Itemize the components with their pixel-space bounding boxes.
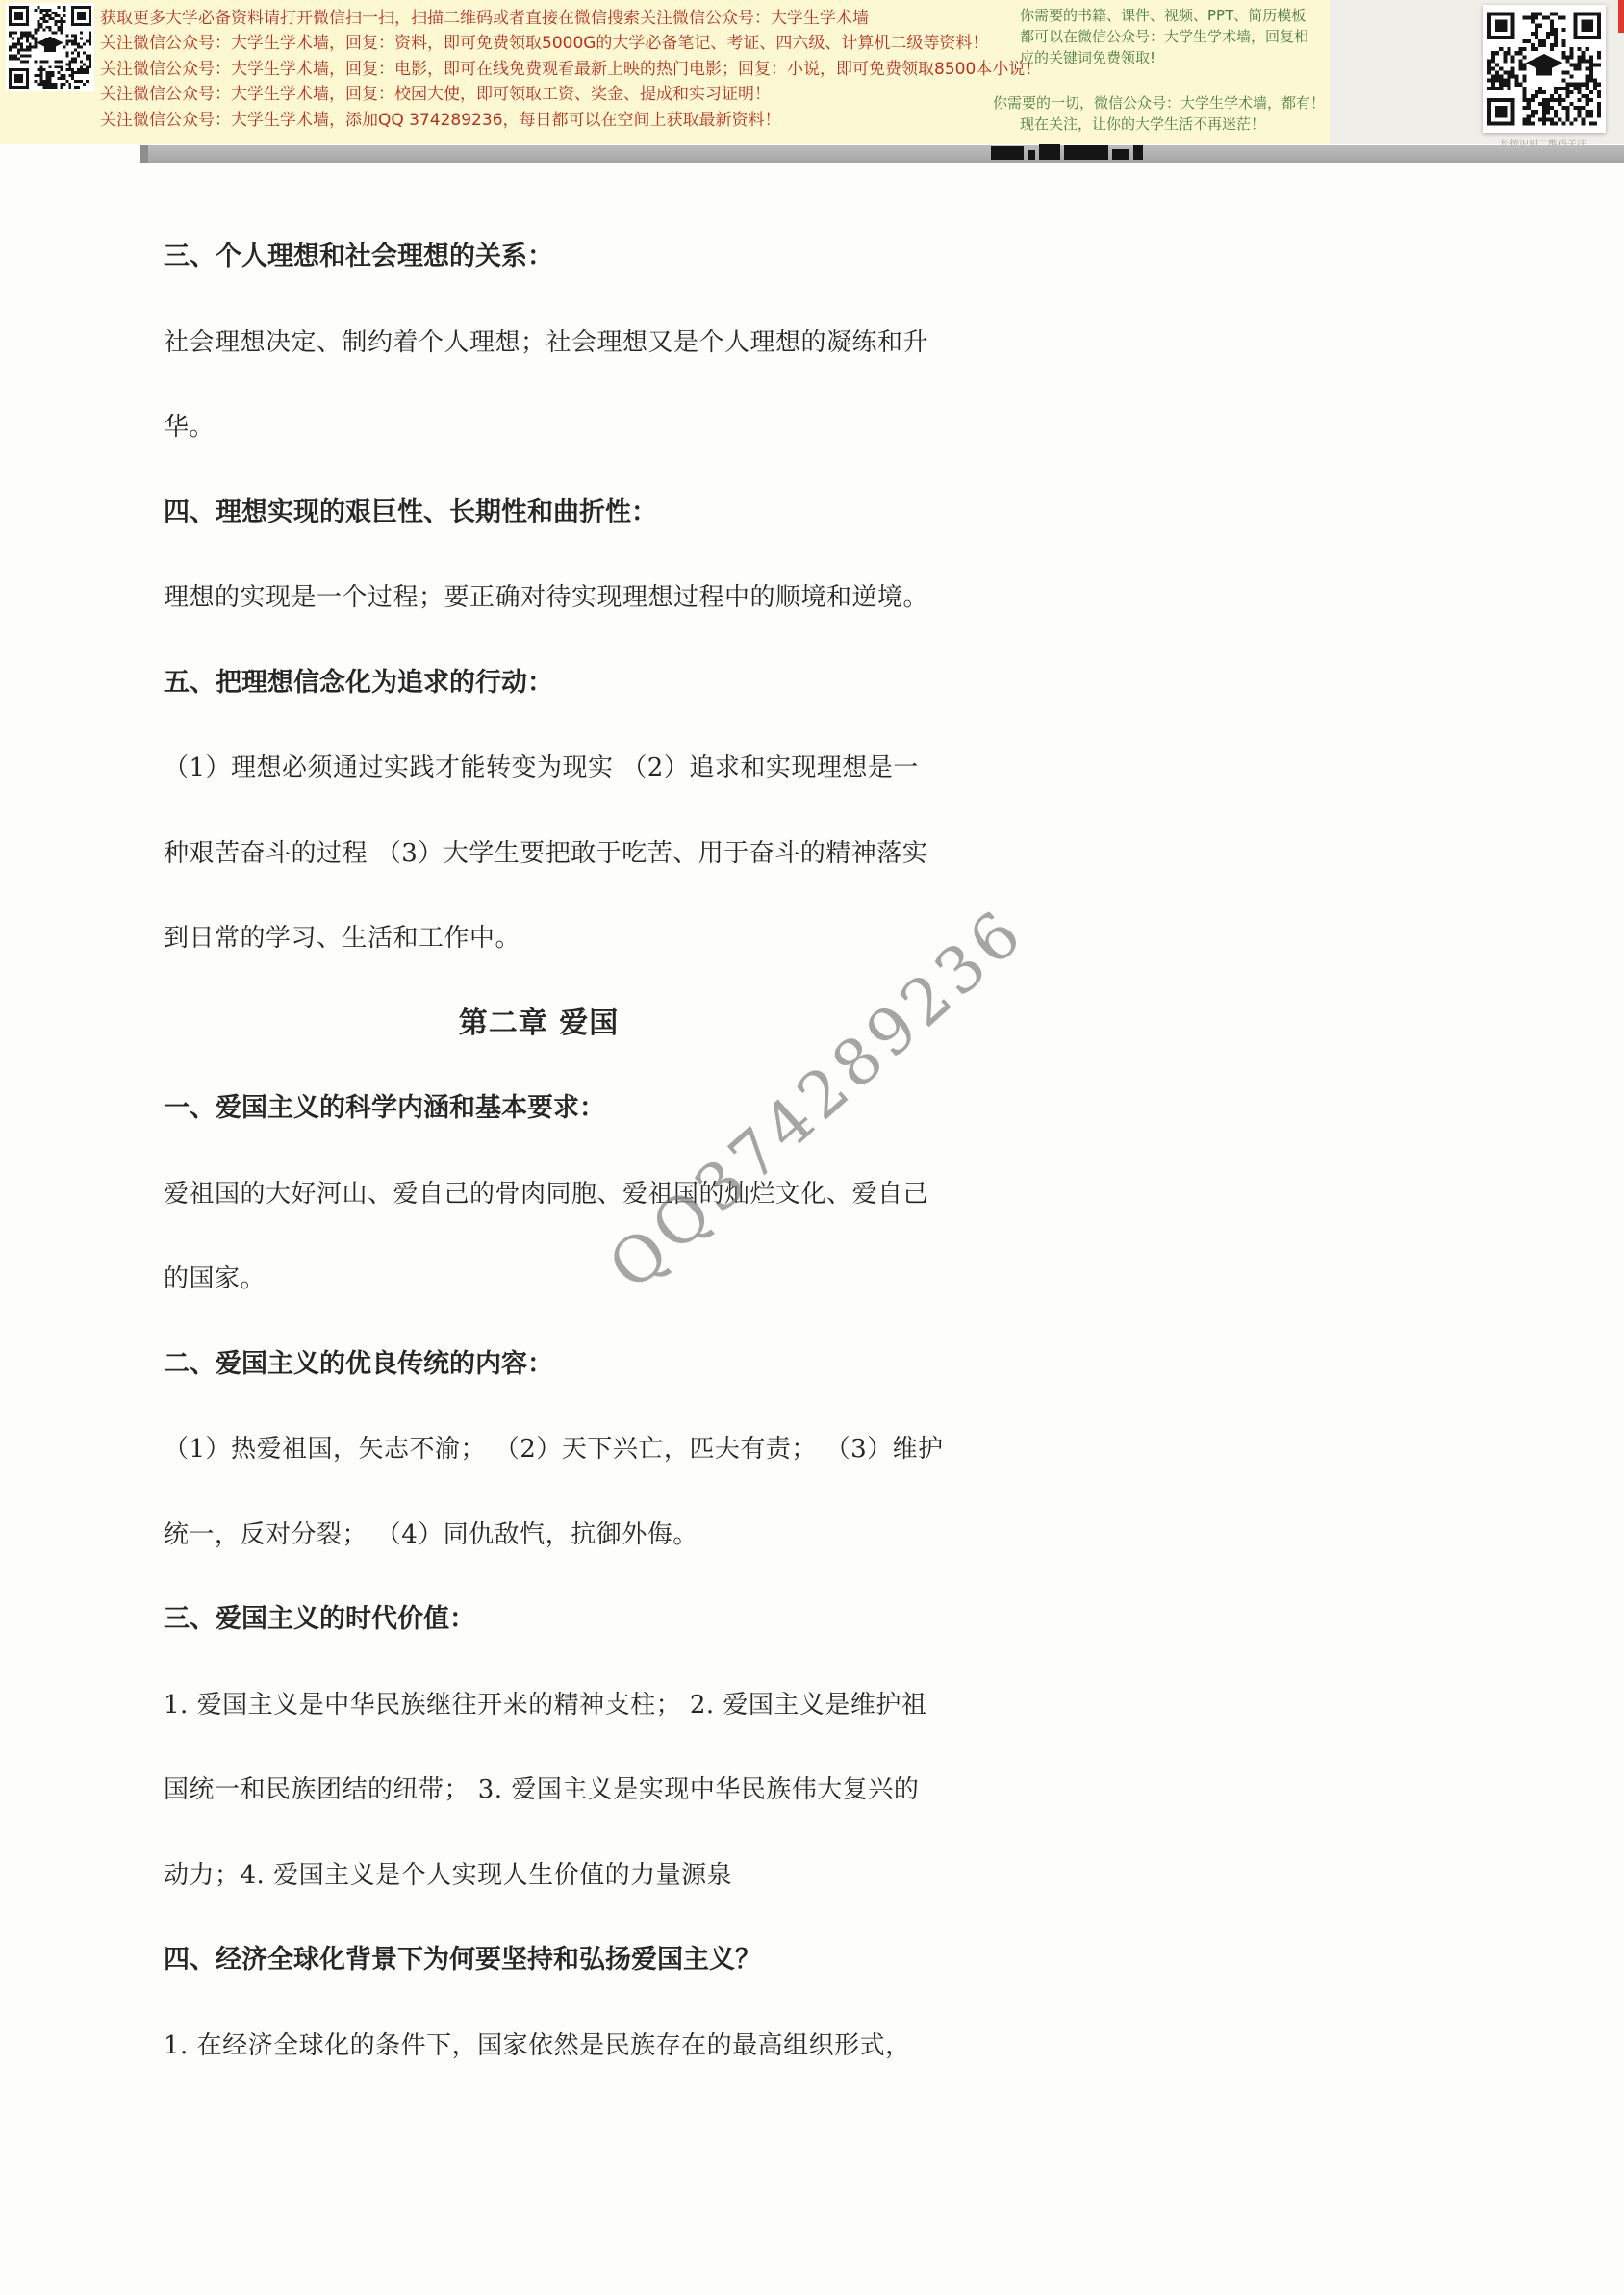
qr-code-icon [9, 6, 91, 89]
doc-line: 种艰苦奋斗的过程 （3）大学生要把敢于吃苦、用于奋斗的精神落实 [164, 811, 914, 897]
doc-line: 国统一和民族团结的纽带； 3. 爱国主义是实现中华民族伟大复兴的 [164, 1747, 914, 1833]
doc-line: 爱祖国的大好河山、爱自己的骨肉同胞、爱祖国的灿烂文化、爱自己 [164, 1152, 914, 1237]
doc-line: 华。 [164, 385, 914, 471]
promo-line: 现在关注，让你的大学生活不再迷茫！ [1020, 114, 1325, 135]
doc-line: 1. 在经济全球化的条件下，国家依然是民族存在的最高组织形式， [164, 2003, 914, 2089]
doc-line: 四、经济全球化背景下为何要坚持和弘扬爱国主义？ [164, 1918, 914, 2003]
print-artifact [991, 142, 1147, 160]
doc-line: 1. 爱国主义是中华民族继往开来的精神支柱； 2. 爱国主义是维护祖 [164, 1663, 914, 1748]
promo-text-block-1: 你需要的书籍、课件、视频、PPT、简历模板都可以在微信公众号：大学生学术墙，回复… [1020, 5, 1308, 68]
doc-line: 三、个人理想和社会理想的关系： [164, 215, 914, 300]
doc-line: （1）热爱祖国，矢志不渝； （2）天下兴亡，匹夫有责； （3）维护 [164, 1407, 914, 1492]
banner-promo-lines: 获取更多大学必备资料请打开微信扫一扫，扫描二维码或者直接在微信搜索关注微信公众号… [100, 6, 1041, 133]
wechat-qr-code-right [1483, 5, 1606, 133]
wechat-qr-code-left [6, 3, 94, 91]
doc-line: 到日常的学习、生活和工作中。 [164, 896, 914, 982]
toolbar-remnant-bar [140, 145, 1624, 163]
toolbar-remnant-cap [140, 145, 148, 163]
doc-line: 二、爱国主义的优良传统的内容： [164, 1322, 914, 1408]
promo-line: 你需要的一切，微信公众号：大学生学术墙，都有！ [993, 92, 1325, 114]
doc-line: 理想的实现是一个过程；要正确对待实现理想过程中的顺境和逆境。 [164, 555, 914, 641]
promo-line: 你需要的书籍、课件、视频、PPT、简历模板 [1020, 5, 1308, 26]
qr-code-icon [1487, 10, 1601, 128]
banner-promo-line: 关注微信公众号：大学生学术墙，回复：电影，即可在线免费观看最新上映的热门电影；回… [100, 57, 1041, 82]
banner-promo-line: 关注微信公众号：大学生学术墙，添加QQ 374289236，每日都可以在空间上获… [100, 108, 1041, 133]
banner-promo-line: 关注微信公众号：大学生学术墙，回复：校园大使，即可领取工资、奖金、提成和实习证明… [100, 82, 1041, 107]
banner-promo-line: 获取更多大学必备资料请打开微信扫一扫，扫描二维码或者直接在微信搜索关注微信公众号… [100, 6, 1041, 31]
promo-text-block-2: 你需要的一切，微信公众号：大学生学术墙，都有！现在关注，让你的大学生活不再迷茫！ [993, 92, 1325, 135]
doc-line: 四、理想实现的艰巨性、长期性和曲折性： [164, 471, 914, 556]
screenshot-root: 获取更多大学必备资料请打开微信扫一扫，扫描二维码或者直接在微信搜索关注微信公众号… [0, 0, 1624, 2295]
promo-line: 都可以在微信公众号：大学生学术墙，回复相 [1020, 26, 1308, 47]
doc-line: 五、把理想信念化为追求的行动： [164, 641, 914, 727]
doc-line: 动力；4. 爱国主义是个人实现人生价值的力量源泉 [164, 1833, 914, 1919]
promo-line: 应的关键词免费领取! [1020, 47, 1308, 68]
doc-line: 三、爱国主义的时代价值： [164, 1577, 914, 1663]
doc-line: 统一，反对分裂； （4）同仇敌忾，抗御外侮。 [164, 1492, 914, 1578]
red-corner-strip [1618, 0, 1624, 33]
doc-line: （1）理想必须通过实践才能转变为现实 （2）追求和实现理想是一 [164, 726, 914, 811]
doc-line: 社会理想决定、制约着个人理想；社会理想又是个人理想的凝练和升 [164, 300, 914, 386]
doc-line: 第二章 爱国 [164, 982, 914, 1067]
promo-banner: 获取更多大学必备资料请打开微信扫一扫，扫描二维码或者直接在微信搜索关注微信公众号… [0, 0, 1330, 144]
doc-line: 的国家。 [164, 1237, 914, 1322]
banner-promo-line: 关注微信公众号：大学生学术墙，回复：资料，即可免费领取5000G的大学必备笔记、… [100, 31, 1041, 56]
